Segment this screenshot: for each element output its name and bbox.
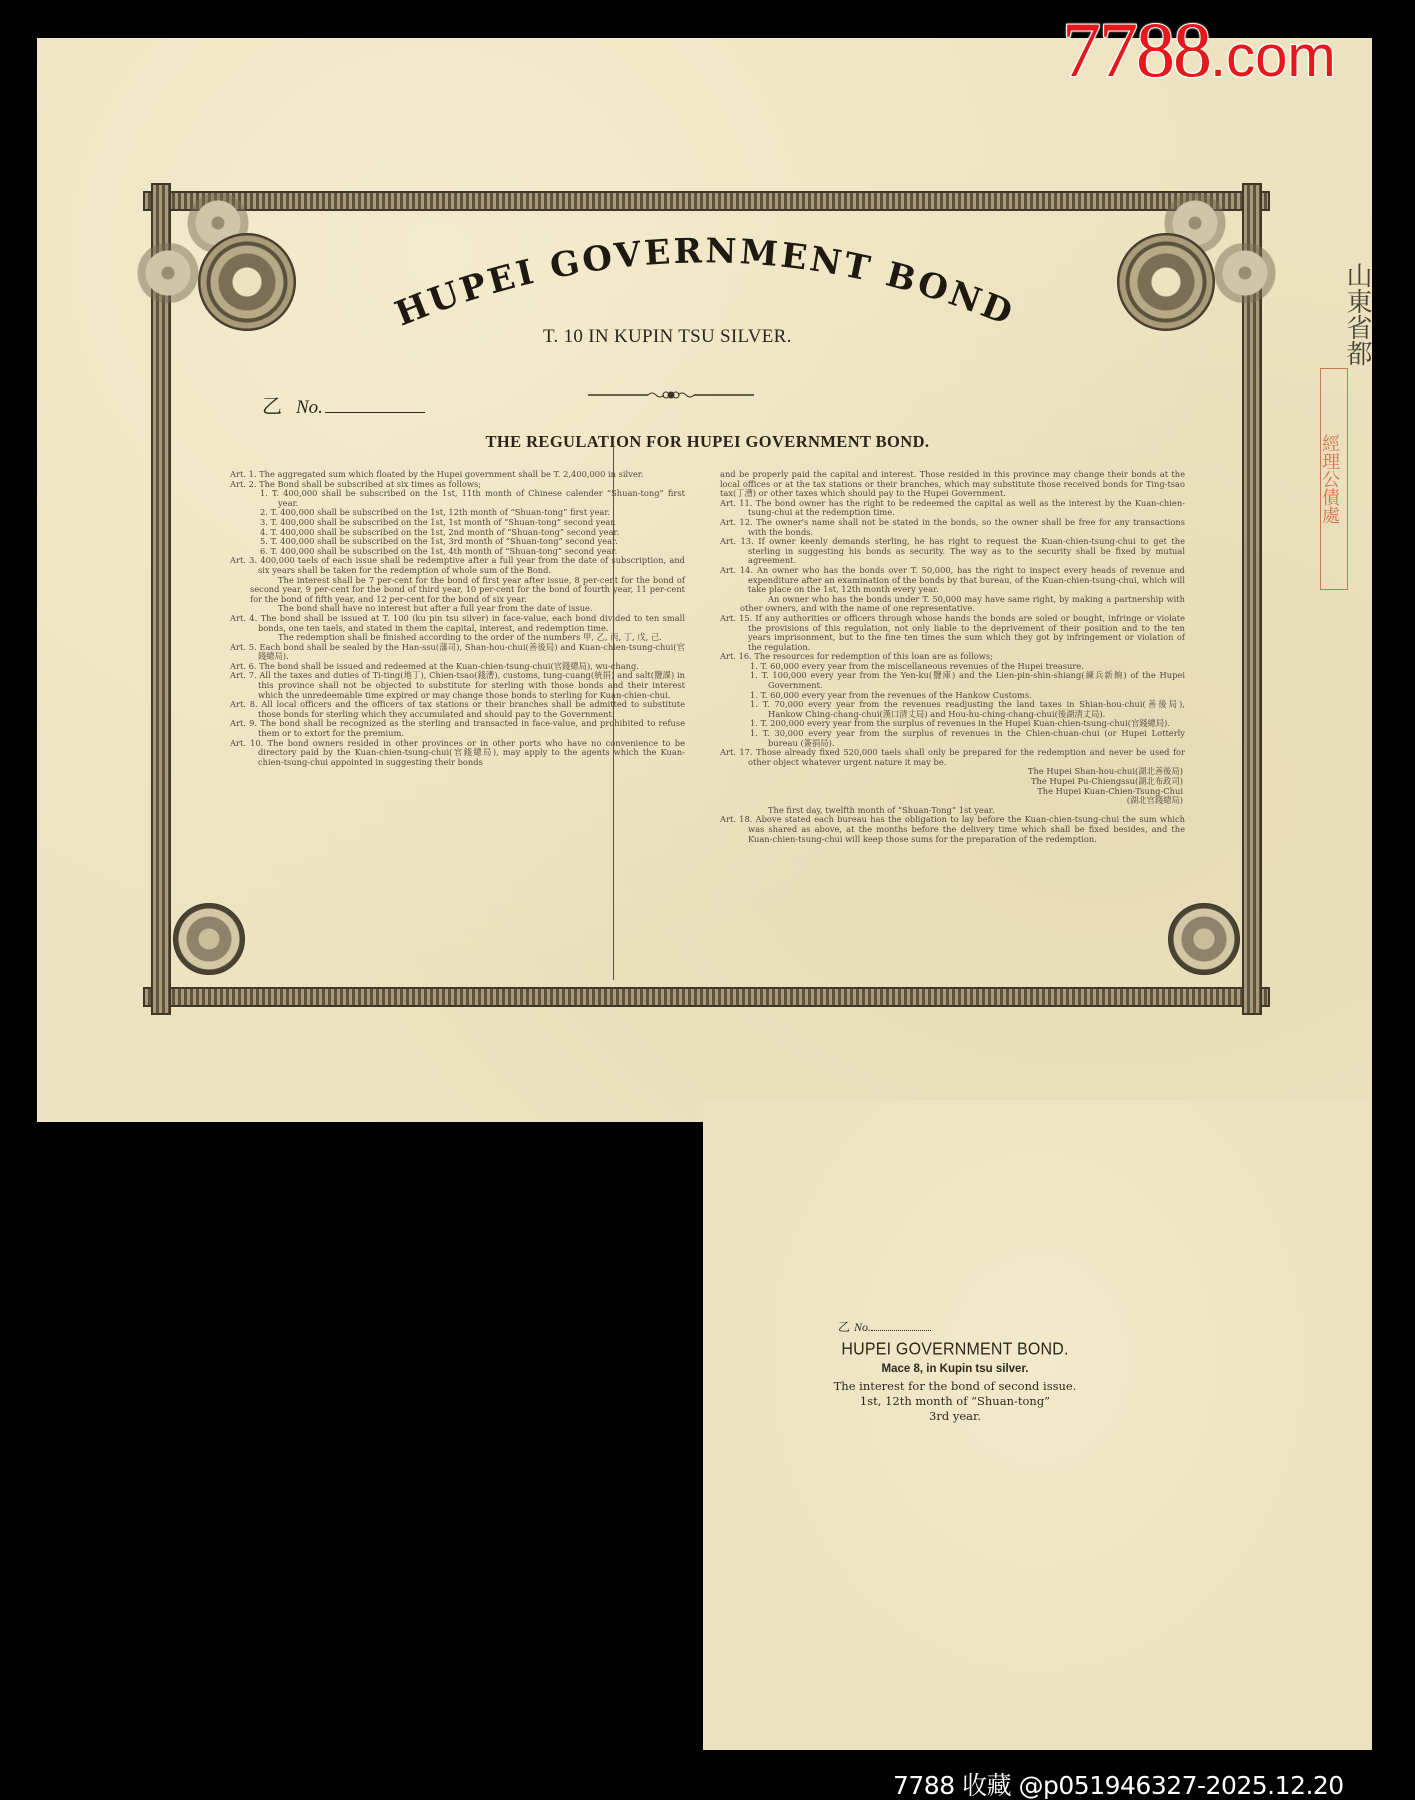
regulation-article: Art. 9. The bond shall be recognized as … (230, 719, 685, 738)
divider-flourish-icon (588, 390, 754, 400)
regulation-article: Art. 8. All local officers and the offic… (230, 700, 685, 719)
site-watermark: 7788.com (1062, 10, 1336, 97)
coupon-amount: Mace 8, in Kupin tsu silver. (790, 1363, 1120, 1375)
serial-number-field: 乙No. (262, 390, 425, 419)
regulation-article: Art. 5. Each bond shall be sealed by the… (230, 643, 685, 662)
regulation-article: Art. 10. The bond owners resided in othe… (230, 739, 685, 768)
regulation-article: Art. 11. The bond owner has the right to… (720, 499, 1185, 518)
bond-subtitle: T. 10 IN KUPIN TSU SILVER. (543, 326, 792, 348)
regulation-article: 1. T. 100,000 every year from the Yen-ku… (720, 671, 1185, 690)
regulation-column-right: and be properly paid the capital and int… (720, 470, 1185, 844)
corner-medallion-icon (1117, 233, 1215, 331)
regulation-title: THE REGULATION FOR HUPEI GOVERNMENT BOND… (0, 432, 1415, 452)
flower-ornament-icon (1210, 243, 1280, 303)
border-left (151, 183, 171, 1015)
rosette-icon (1168, 903, 1240, 975)
flower-ornament-icon (133, 243, 203, 303)
number-label: No. (296, 397, 323, 418)
coupon-title: HUPEI GOVERNMENT BOND. (790, 1340, 1120, 1360)
red-seal-stamp: 經理公債處 (1320, 368, 1348, 590)
collector-watermark: 7788 收藏 @p051946327-2025.12.20 (893, 1766, 1344, 1800)
border-top (143, 191, 1270, 211)
regulation-article: Art. 18. Above stated each bureau has th… (720, 815, 1185, 844)
regulation-article: and be properly paid the capital and int… (720, 470, 1185, 499)
coupon-number-label: No. (854, 1320, 871, 1334)
regulation-article: Art. 17. Those already fixed 520,000 tae… (720, 748, 1185, 767)
coupon-number: 乙No. (790, 1318, 1120, 1335)
watermark-suffix: .com (1210, 24, 1336, 89)
watermark-digits: 7788 (1062, 6, 1210, 93)
regulation-article: Art. 15. If any authorities or officers … (720, 614, 1185, 652)
series-char: 乙 (262, 396, 282, 418)
regulation-article: 1. T. 30,000 every year from the surplus… (720, 729, 1185, 748)
regulation-article: 1. T. 70,000 every year from the revenue… (720, 700, 1185, 719)
regulation-article: Art. 4. The bond shall be issued at T. 1… (230, 614, 685, 633)
coupon-line-3: 3rd year. (790, 1409, 1120, 1424)
coupon-series-char: 乙 (838, 1320, 850, 1334)
border-bottom (143, 987, 1270, 1007)
regulation-article: Art. 13. If owner keenly demands sterlin… (720, 537, 1185, 566)
coupon-strip (703, 1100, 1372, 1750)
signatory-line: The Hupei Kuan-Chien-Tsung-Chui (720, 787, 1185, 797)
regulation-article: 1. T. 400,000 shall be subscribed on the… (230, 489, 685, 508)
regulation-article: Art. 14. An owner who has the bonds over… (720, 566, 1185, 595)
coupon-number-blank (871, 1330, 931, 1331)
number-blank (325, 412, 425, 413)
rosette-icon (173, 903, 245, 975)
regulation-article: The interest shall be 7 per-cent for the… (230, 576, 685, 605)
corner-medallion-icon (198, 233, 296, 331)
regulation-article: An owner who has the bonds under T. 50,0… (720, 595, 1185, 614)
coupon-line-1: The interest for the bond of second issu… (790, 1379, 1120, 1394)
regulation-article: Art. 7. All the taxes and duties of Ti-t… (230, 671, 685, 700)
border-right (1242, 183, 1262, 1015)
column-divider (613, 445, 614, 980)
regulation-article: Art. 3. 400,000 taels of each issue shal… (230, 556, 685, 575)
interest-coupon: 乙No. HUPEI GOVERNMENT BOND. Mace 8, in K… (790, 1318, 1120, 1424)
coupon-line-2: 1st, 12th month of “Shuan-tong” (790, 1394, 1120, 1409)
regulation-column-left: Art. 1. The aggregated sum which floated… (230, 470, 685, 767)
regulation-article: Art. 12. The owner's name shall not be s… (720, 518, 1185, 537)
